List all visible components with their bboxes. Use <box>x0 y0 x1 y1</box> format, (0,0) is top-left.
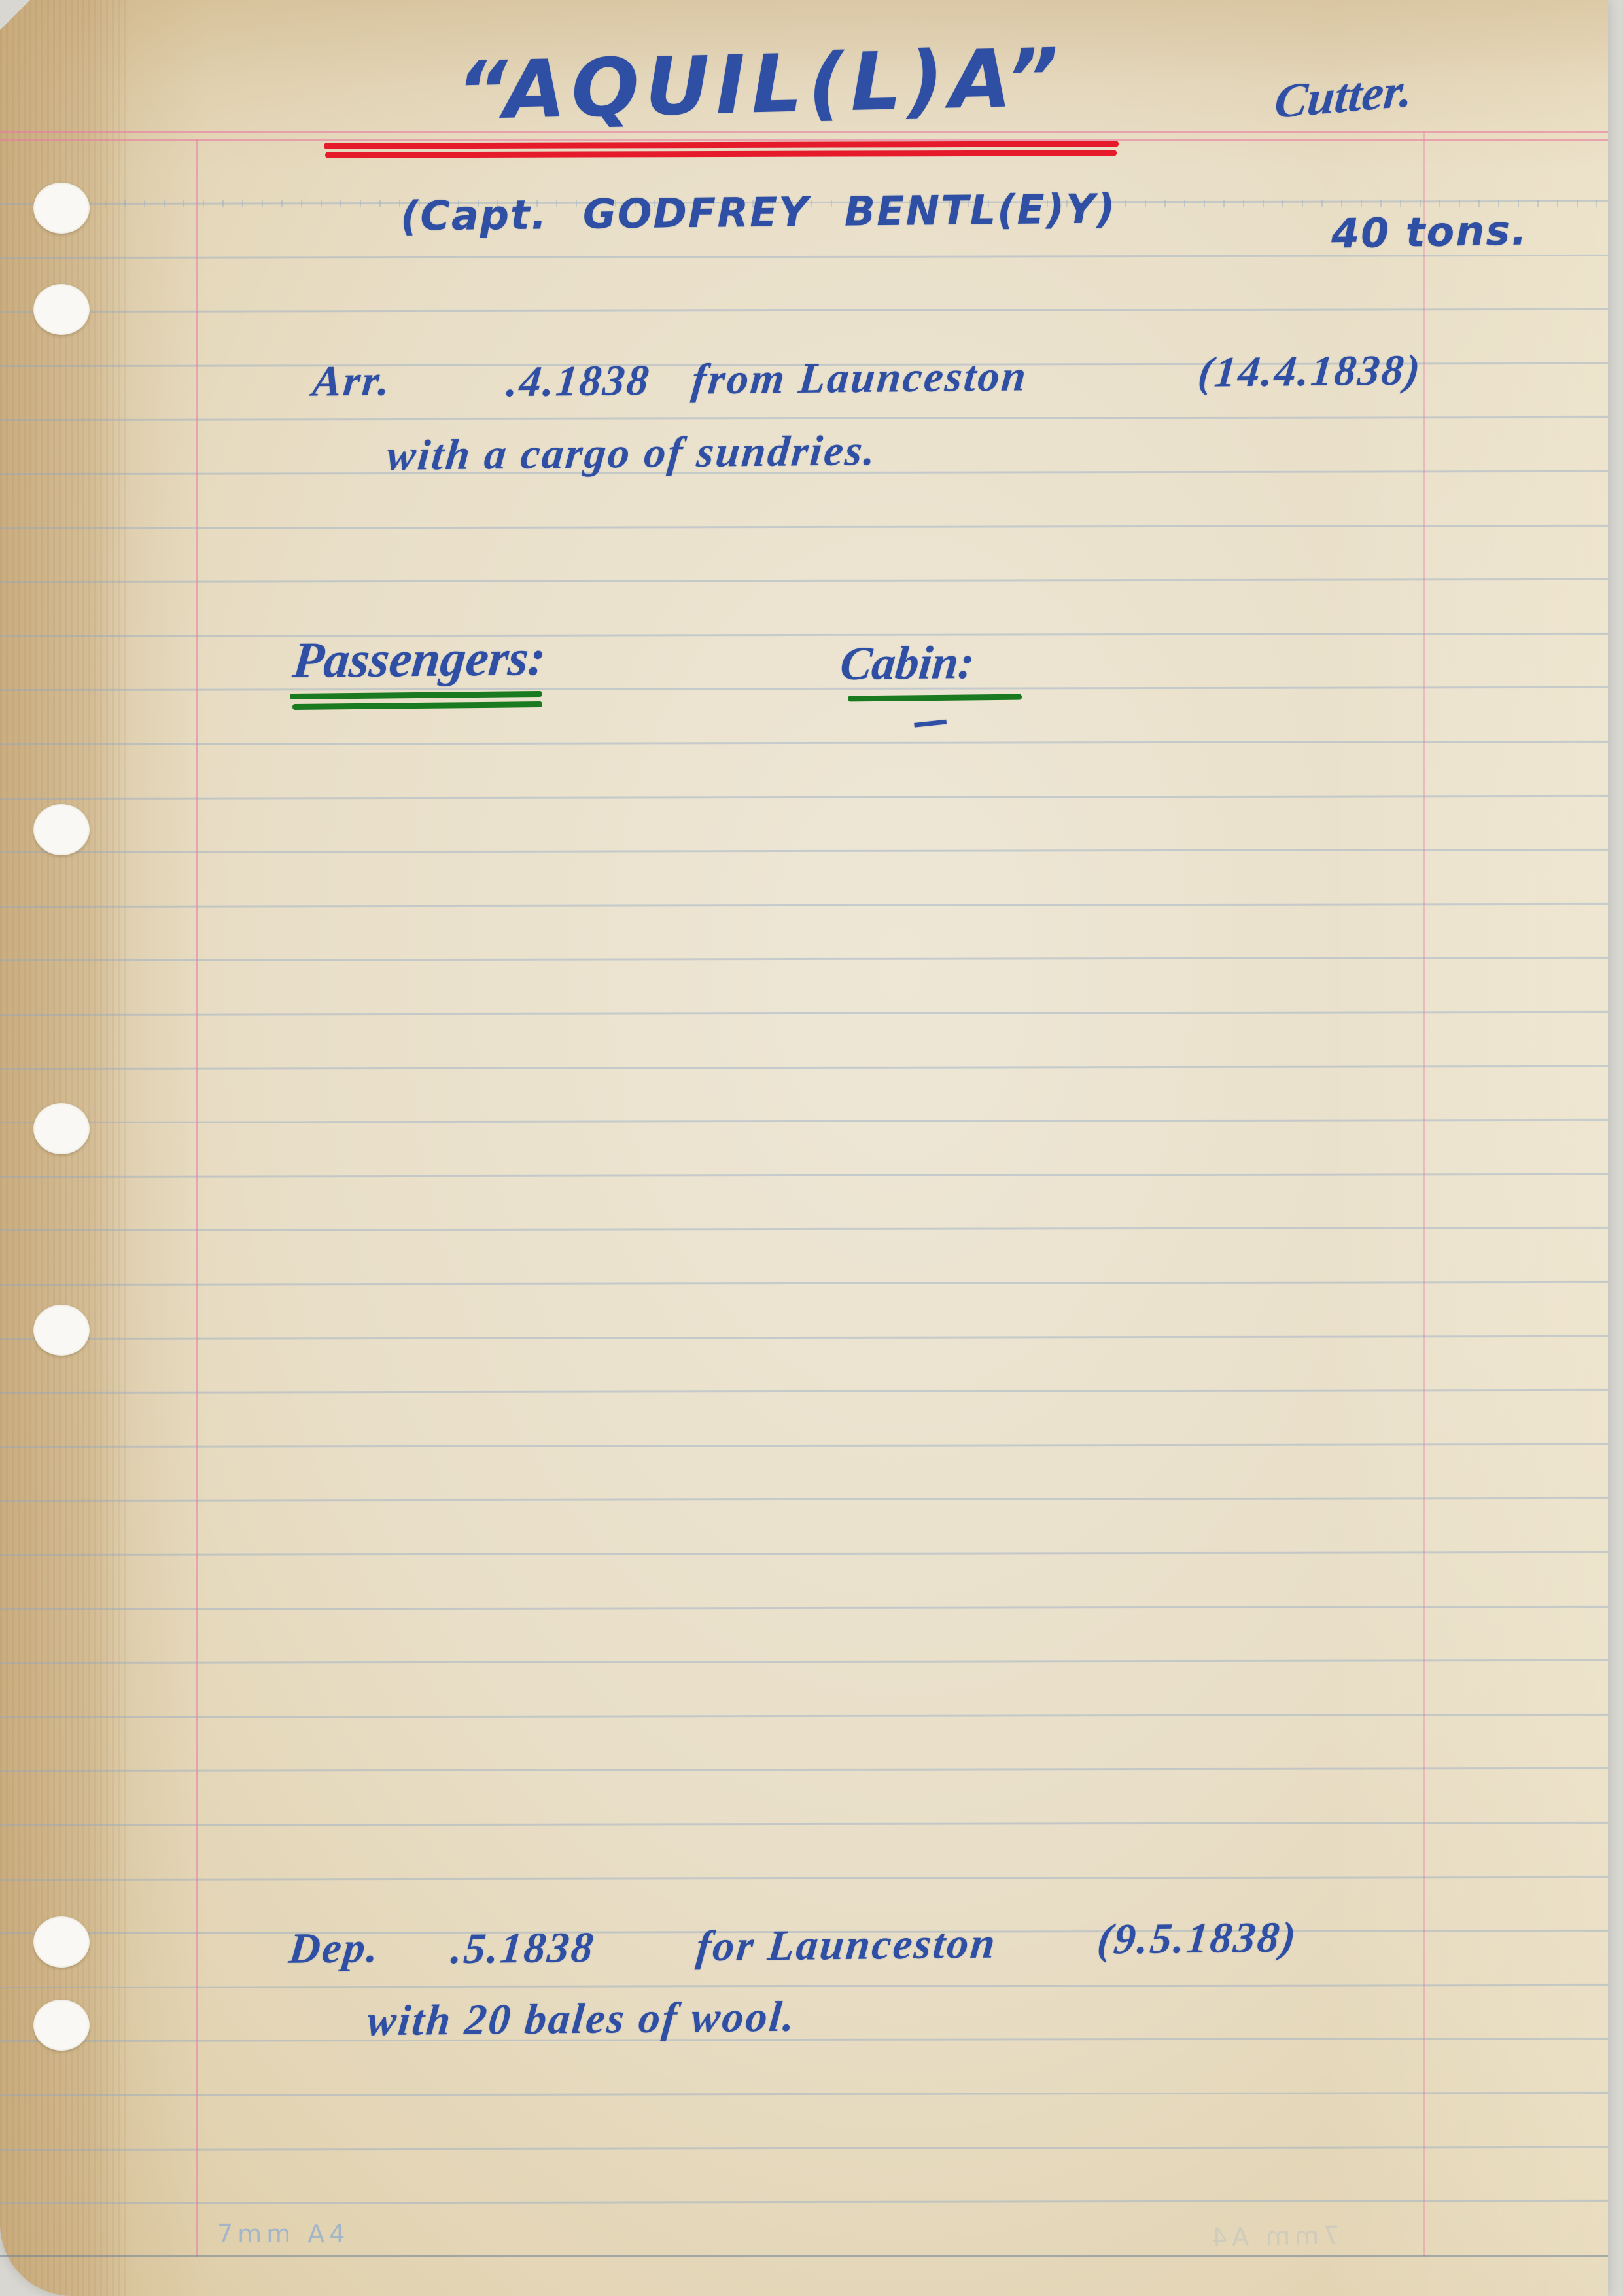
passengers-label: Passengers: <box>290 628 549 690</box>
scanned-notebook-page: “AQUIL(L)A” Cutter. (Capt. GODFREY BENTL… <box>0 0 1623 2296</box>
ruled-line-tick <box>222 200 224 207</box>
ruled-line-tick <box>281 200 283 207</box>
arrival-date: .4.1838 <box>504 356 652 407</box>
ruled-line-tick <box>379 200 381 207</box>
tonnage: 40 tons. <box>1331 206 1528 257</box>
ruled-line-tick <box>1361 200 1362 207</box>
punch-hole <box>33 2000 90 2051</box>
ruled-line-tick <box>1263 200 1264 207</box>
ruled-line-tick <box>1321 200 1323 207</box>
ruled-line-tick <box>164 200 165 207</box>
punch-hole <box>33 1103 90 1154</box>
punch-hole <box>33 804 90 855</box>
punch-hole <box>33 284 90 335</box>
cabin-label: Cabin: <box>838 635 977 691</box>
ruled-line-tick <box>203 200 204 207</box>
ruled-line-tick <box>1223 200 1225 207</box>
ruled-line-tick <box>124 200 126 207</box>
ruled-line-tick <box>1243 200 1244 207</box>
ruled-line-tick <box>1577 200 1578 207</box>
departure-label: Dep. <box>287 1923 382 1973</box>
punch-hole <box>33 183 90 234</box>
ruled-line-tick <box>1302 200 1303 207</box>
ruled-line-tick <box>1400 200 1401 207</box>
arrival-label: Arr. <box>310 356 394 406</box>
ruled-line-tick <box>262 200 263 207</box>
ruled-line-tick <box>1341 200 1342 207</box>
ruled-line-tick <box>1557 200 1558 207</box>
ruled-line-tick <box>1125 200 1126 207</box>
ruled-line-tick <box>321 200 322 207</box>
departure-date: .5.1838 <box>449 1923 597 1974</box>
ruled-line-tick <box>242 200 243 207</box>
arrival-route: from Launceston <box>689 351 1030 404</box>
bottom-rule-line <box>0 2255 1608 2257</box>
ruled-line-tick <box>1145 200 1146 207</box>
paper-type-label-showthrough: 7mm A4 <box>1207 2221 1340 2252</box>
head-rule-line-2 <box>0 139 1608 141</box>
ruled-line-tick <box>340 200 341 207</box>
ruled-line-tick <box>183 200 184 207</box>
ruled-line-tick <box>301 200 302 207</box>
paper-type-label: 7mm A4 <box>217 2219 349 2248</box>
ruled-line-tick <box>1164 200 1166 207</box>
ruled-line-tick <box>1537 200 1539 207</box>
departure-date-exact: (9.5.1838) <box>1095 1913 1299 1964</box>
right-margin-line <box>1423 132 1425 2257</box>
punch-hole <box>33 1305 90 1356</box>
ruled-line-tick <box>1420 200 1421 207</box>
ruled-line-tick <box>360 200 361 207</box>
left-margin-line <box>196 139 198 2257</box>
departure-cargo: with 20 bales of wool. <box>365 1992 798 2047</box>
ruled-line-tick <box>1439 200 1440 207</box>
ruled-line-tick <box>1184 200 1185 207</box>
ruled-line-tick <box>1596 200 1597 207</box>
page-title: “AQUIL(L)A” <box>456 31 1066 137</box>
ruled-line-tick <box>1459 200 1460 207</box>
ruled-line-tick <box>144 200 145 207</box>
ruled-line-tick <box>105 200 106 207</box>
punch-hole <box>33 1916 90 1968</box>
departure-route: for Launceston <box>694 1919 999 1972</box>
ruled-line-tick <box>1204 200 1205 207</box>
ruled-line-tick <box>1380 200 1382 207</box>
arrival-cargo: with a cargo of sundries. <box>385 426 879 481</box>
arrival-date-exact: (14.4.1838) <box>1196 345 1424 398</box>
top-left-corner-clip <box>0 0 30 30</box>
ruled-line-tick <box>1282 200 1283 207</box>
head-rule-line-1 <box>0 131 1608 133</box>
ruled-line-tick <box>1478 200 1480 207</box>
captain-line: (Capt. GODFREY BENTL(E)Y) <box>400 185 1117 239</box>
